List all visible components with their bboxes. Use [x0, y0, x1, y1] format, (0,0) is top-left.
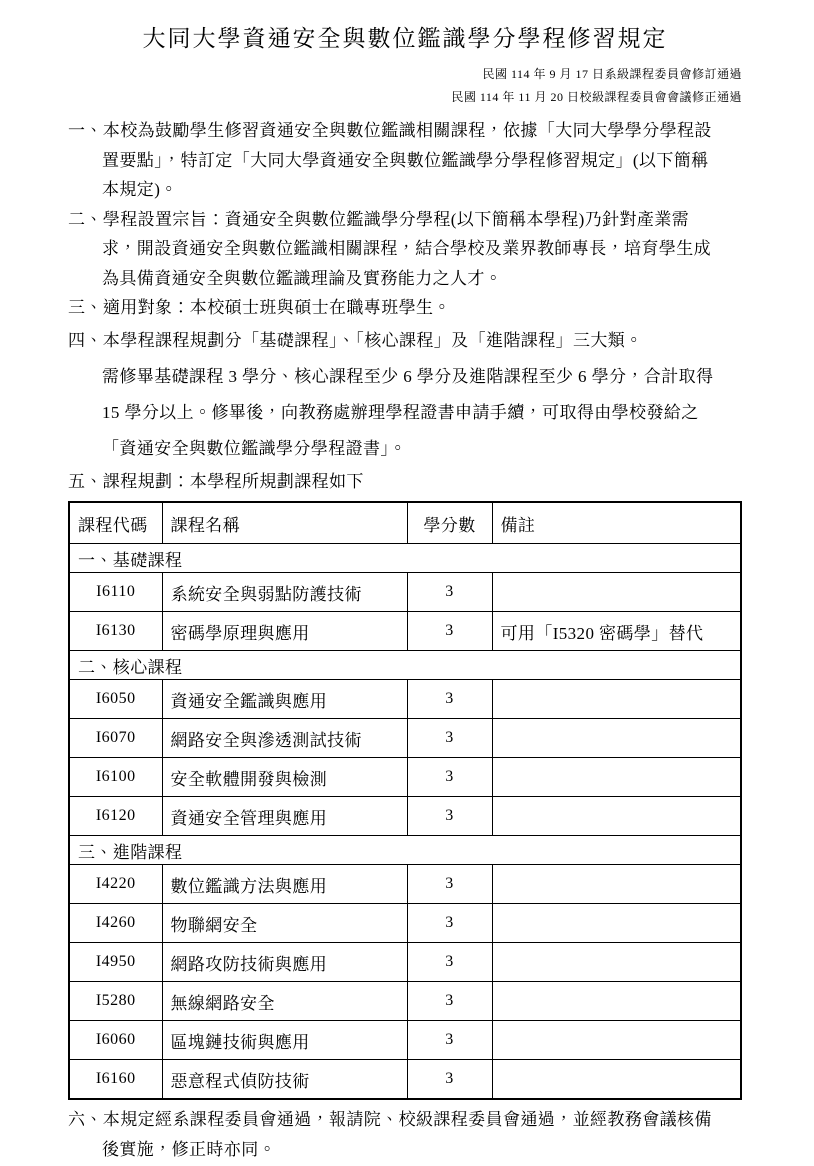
- section-row: 二、核心課程: [69, 651, 741, 680]
- body-paragraphs: 一、本校為鼓勵學生修習資通安全與數位鑑識相關課程，依據「大同大學學分學程設置要點…: [68, 116, 742, 496]
- course-credits-cell: 3: [407, 758, 492, 797]
- course-note-cell: [492, 719, 741, 758]
- paragraph-para-5: 五、課程規劃：本學程所規劃課程如下: [68, 467, 742, 497]
- course-table-header: 課程代碼課程名稱學分數備註: [69, 502, 741, 544]
- course-name-cell: 區塊鏈技術與應用: [162, 1021, 407, 1060]
- course-code-cell: I6160: [69, 1060, 162, 1100]
- course-credits-cell: 3: [407, 573, 492, 612]
- course-row: I6130密碼學原理與應用3可用「I5320 密碼學」替代: [69, 612, 741, 651]
- course-code-cell: I6130: [69, 612, 162, 651]
- column-header-col-credits: 學分數: [407, 502, 492, 544]
- course-row: I6120資通安全管理與應用3: [69, 797, 741, 836]
- paragraph-line: 置要點」，特訂定「大同大學資通安全與數位鑑識學分學程修習規定」(以下簡稱: [68, 146, 742, 176]
- column-header-col-code: 課程代碼: [69, 502, 162, 544]
- course-note-cell: [492, 1021, 741, 1060]
- course-code-cell: I6120: [69, 797, 162, 836]
- section-row: 一、基礎課程: [69, 544, 741, 573]
- course-credits-cell: 3: [407, 1060, 492, 1100]
- approval-note-university: 民國 114 年 11 月 20 日校級課程委員會會議修正通過: [68, 86, 742, 109]
- course-row: I6110系統安全與弱點防護技術3: [69, 573, 741, 612]
- section-title: 三、進階課程: [69, 836, 741, 865]
- paragraph-line: 「資通安全與數位鑑識學分學程證書」。: [68, 431, 742, 467]
- closing-paragraph: 六、本規定經系課程委員會通過，報請院、校級課程委員會通過，並經教務會議核備後實施…: [68, 1105, 742, 1164]
- course-code-cell: I5280: [69, 982, 162, 1021]
- paragraph-line: 四、本學程課程規劃分「基礎課程」、「核心課程」及「進階課程」三大類。: [68, 323, 742, 359]
- paragraph-line: 本規定)。: [68, 175, 742, 205]
- course-note-cell: [492, 797, 741, 836]
- paragraph-line: 一、本校為鼓勵學生修習資通安全與數位鑑識相關課程，依據「大同大學學分學程設: [68, 116, 742, 146]
- closing-line: 後實施，修正時亦同。: [68, 1135, 742, 1165]
- course-note-cell: 可用「I5320 密碼學」替代: [492, 612, 741, 651]
- paragraph-para-1: 一、本校為鼓勵學生修習資通安全與數位鑑識相關課程，依據「大同大學學分學程設置要點…: [68, 116, 742, 205]
- course-row: I4950網路攻防技術與應用3: [69, 943, 741, 982]
- course-code-cell: I4950: [69, 943, 162, 982]
- approval-note-committee: 民國 114 年 9 月 17 日系級課程委員會修訂通過: [68, 63, 742, 86]
- course-table: 課程代碼課程名稱學分數備註 一、基礎課程I6110系統安全與弱點防護技術3I61…: [68, 501, 742, 1100]
- course-name-cell: 資通安全管理與應用: [162, 797, 407, 836]
- course-credits-cell: 3: [407, 680, 492, 719]
- course-code-cell: I6100: [69, 758, 162, 797]
- course-credits-cell: 3: [407, 904, 492, 943]
- course-name-cell: 無線網路安全: [162, 982, 407, 1021]
- course-code-cell: I6050: [69, 680, 162, 719]
- course-name-cell: 惡意程式偵防技術: [162, 1060, 407, 1100]
- approval-notes: 民國 114 年 9 月 17 日系級課程委員會修訂通過 民國 114 年 11…: [68, 63, 742, 109]
- closing-line: 六、本規定經系課程委員會通過，報請院、校級課程委員會通過，並經教務會議核備: [68, 1105, 742, 1135]
- course-row: I4220數位鑑識方法與應用3: [69, 865, 741, 904]
- paragraph-line: 二、學程設置宗旨：資通安全與數位鑑識學分學程(以下簡稱本學程)乃針對產業需: [68, 205, 742, 235]
- course-note-cell: [492, 982, 741, 1021]
- course-credits-cell: 3: [407, 797, 492, 836]
- course-code-cell: I6070: [69, 719, 162, 758]
- section-row: 三、進階課程: [69, 836, 741, 865]
- page-title: 大同大學資通安全與數位鑑識學分學程修習規定: [68, 20, 742, 53]
- course-note-cell: [492, 573, 741, 612]
- course-credits-cell: 3: [407, 982, 492, 1021]
- course-note-cell: [492, 758, 741, 797]
- section-title: 二、核心課程: [69, 651, 741, 680]
- paragraph-line: 五、課程規劃：本學程所規劃課程如下: [68, 467, 742, 497]
- course-note-cell: [492, 1060, 741, 1100]
- document-page: 大同大學資通安全與數位鑑識學分學程修習規定 民國 114 年 9 月 17 日系…: [0, 0, 814, 1166]
- column-header-col-name: 課程名稱: [162, 502, 407, 544]
- course-row: I5280無線網路安全3: [69, 982, 741, 1021]
- course-note-cell: [492, 865, 741, 904]
- course-credits-cell: 3: [407, 943, 492, 982]
- paragraph-para-3: 三、適用對象：本校碩士班與碩士在職專班學生。: [68, 293, 742, 323]
- course-note-cell: [492, 943, 741, 982]
- paragraph-para-4: 四、本學程課程規劃分「基礎課程」、「核心課程」及「進階課程」三大類。需修畢基礎課…: [68, 323, 742, 467]
- paragraph-line: 需修畢基礎課程 3 學分、核心課程至少 6 學分及進階課程至少 6 學分，合計取…: [68, 359, 742, 395]
- course-table-body: 一、基礎課程I6110系統安全與弱點防護技術3I6130密碼學原理與應用3可用「…: [69, 544, 741, 1100]
- course-row: I6160惡意程式偵防技術3: [69, 1060, 741, 1100]
- paragraph-line: 求，開設資通安全與數位鑑識相關課程，結合學校及業界教師專長，培育學生成: [68, 234, 742, 264]
- course-name-cell: 安全軟體開發與檢測: [162, 758, 407, 797]
- section-title: 一、基礎課程: [69, 544, 741, 573]
- paragraph-line: 三、適用對象：本校碩士班與碩士在職專班學生。: [68, 293, 742, 323]
- course-code-cell: I6110: [69, 573, 162, 612]
- course-name-cell: 網路安全與滲透測試技術: [162, 719, 407, 758]
- course-credits-cell: 3: [407, 719, 492, 758]
- course-code-cell: I4260: [69, 904, 162, 943]
- course-code-cell: I4220: [69, 865, 162, 904]
- header-row: 課程代碼課程名稱學分數備註: [69, 502, 741, 544]
- course-name-cell: 物聯網安全: [162, 904, 407, 943]
- course-name-cell: 網路攻防技術與應用: [162, 943, 407, 982]
- course-row: I6050資通安全鑑識與應用3: [69, 680, 741, 719]
- course-name-cell: 系統安全與弱點防護技術: [162, 573, 407, 612]
- paragraph-line: 15 學分以上。修畢後，向教務處辦理學程證書申請手續，可取得由學校發給之: [68, 395, 742, 431]
- paragraph-line: 為具備資通安全與數位鑑識理論及實務能力之人才。: [68, 264, 742, 294]
- course-credits-cell: 3: [407, 612, 492, 651]
- course-name-cell: 資通安全鑑識與應用: [162, 680, 407, 719]
- course-name-cell: 密碼學原理與應用: [162, 612, 407, 651]
- course-name-cell: 數位鑑識方法與應用: [162, 865, 407, 904]
- course-row: I6100安全軟體開發與檢測3: [69, 758, 741, 797]
- paragraph-para-2: 二、學程設置宗旨：資通安全與數位鑑識學分學程(以下簡稱本學程)乃針對產業需求，開…: [68, 205, 742, 294]
- course-row: I6060區塊鏈技術與應用3: [69, 1021, 741, 1060]
- course-credits-cell: 3: [407, 1021, 492, 1060]
- course-credits-cell: 3: [407, 865, 492, 904]
- course-row: I4260物聯網安全3: [69, 904, 741, 943]
- course-note-cell: [492, 904, 741, 943]
- course-code-cell: I6060: [69, 1021, 162, 1060]
- course-note-cell: [492, 680, 741, 719]
- course-row: I6070網路安全與滲透測試技術3: [69, 719, 741, 758]
- column-header-col-note: 備註: [492, 502, 741, 544]
